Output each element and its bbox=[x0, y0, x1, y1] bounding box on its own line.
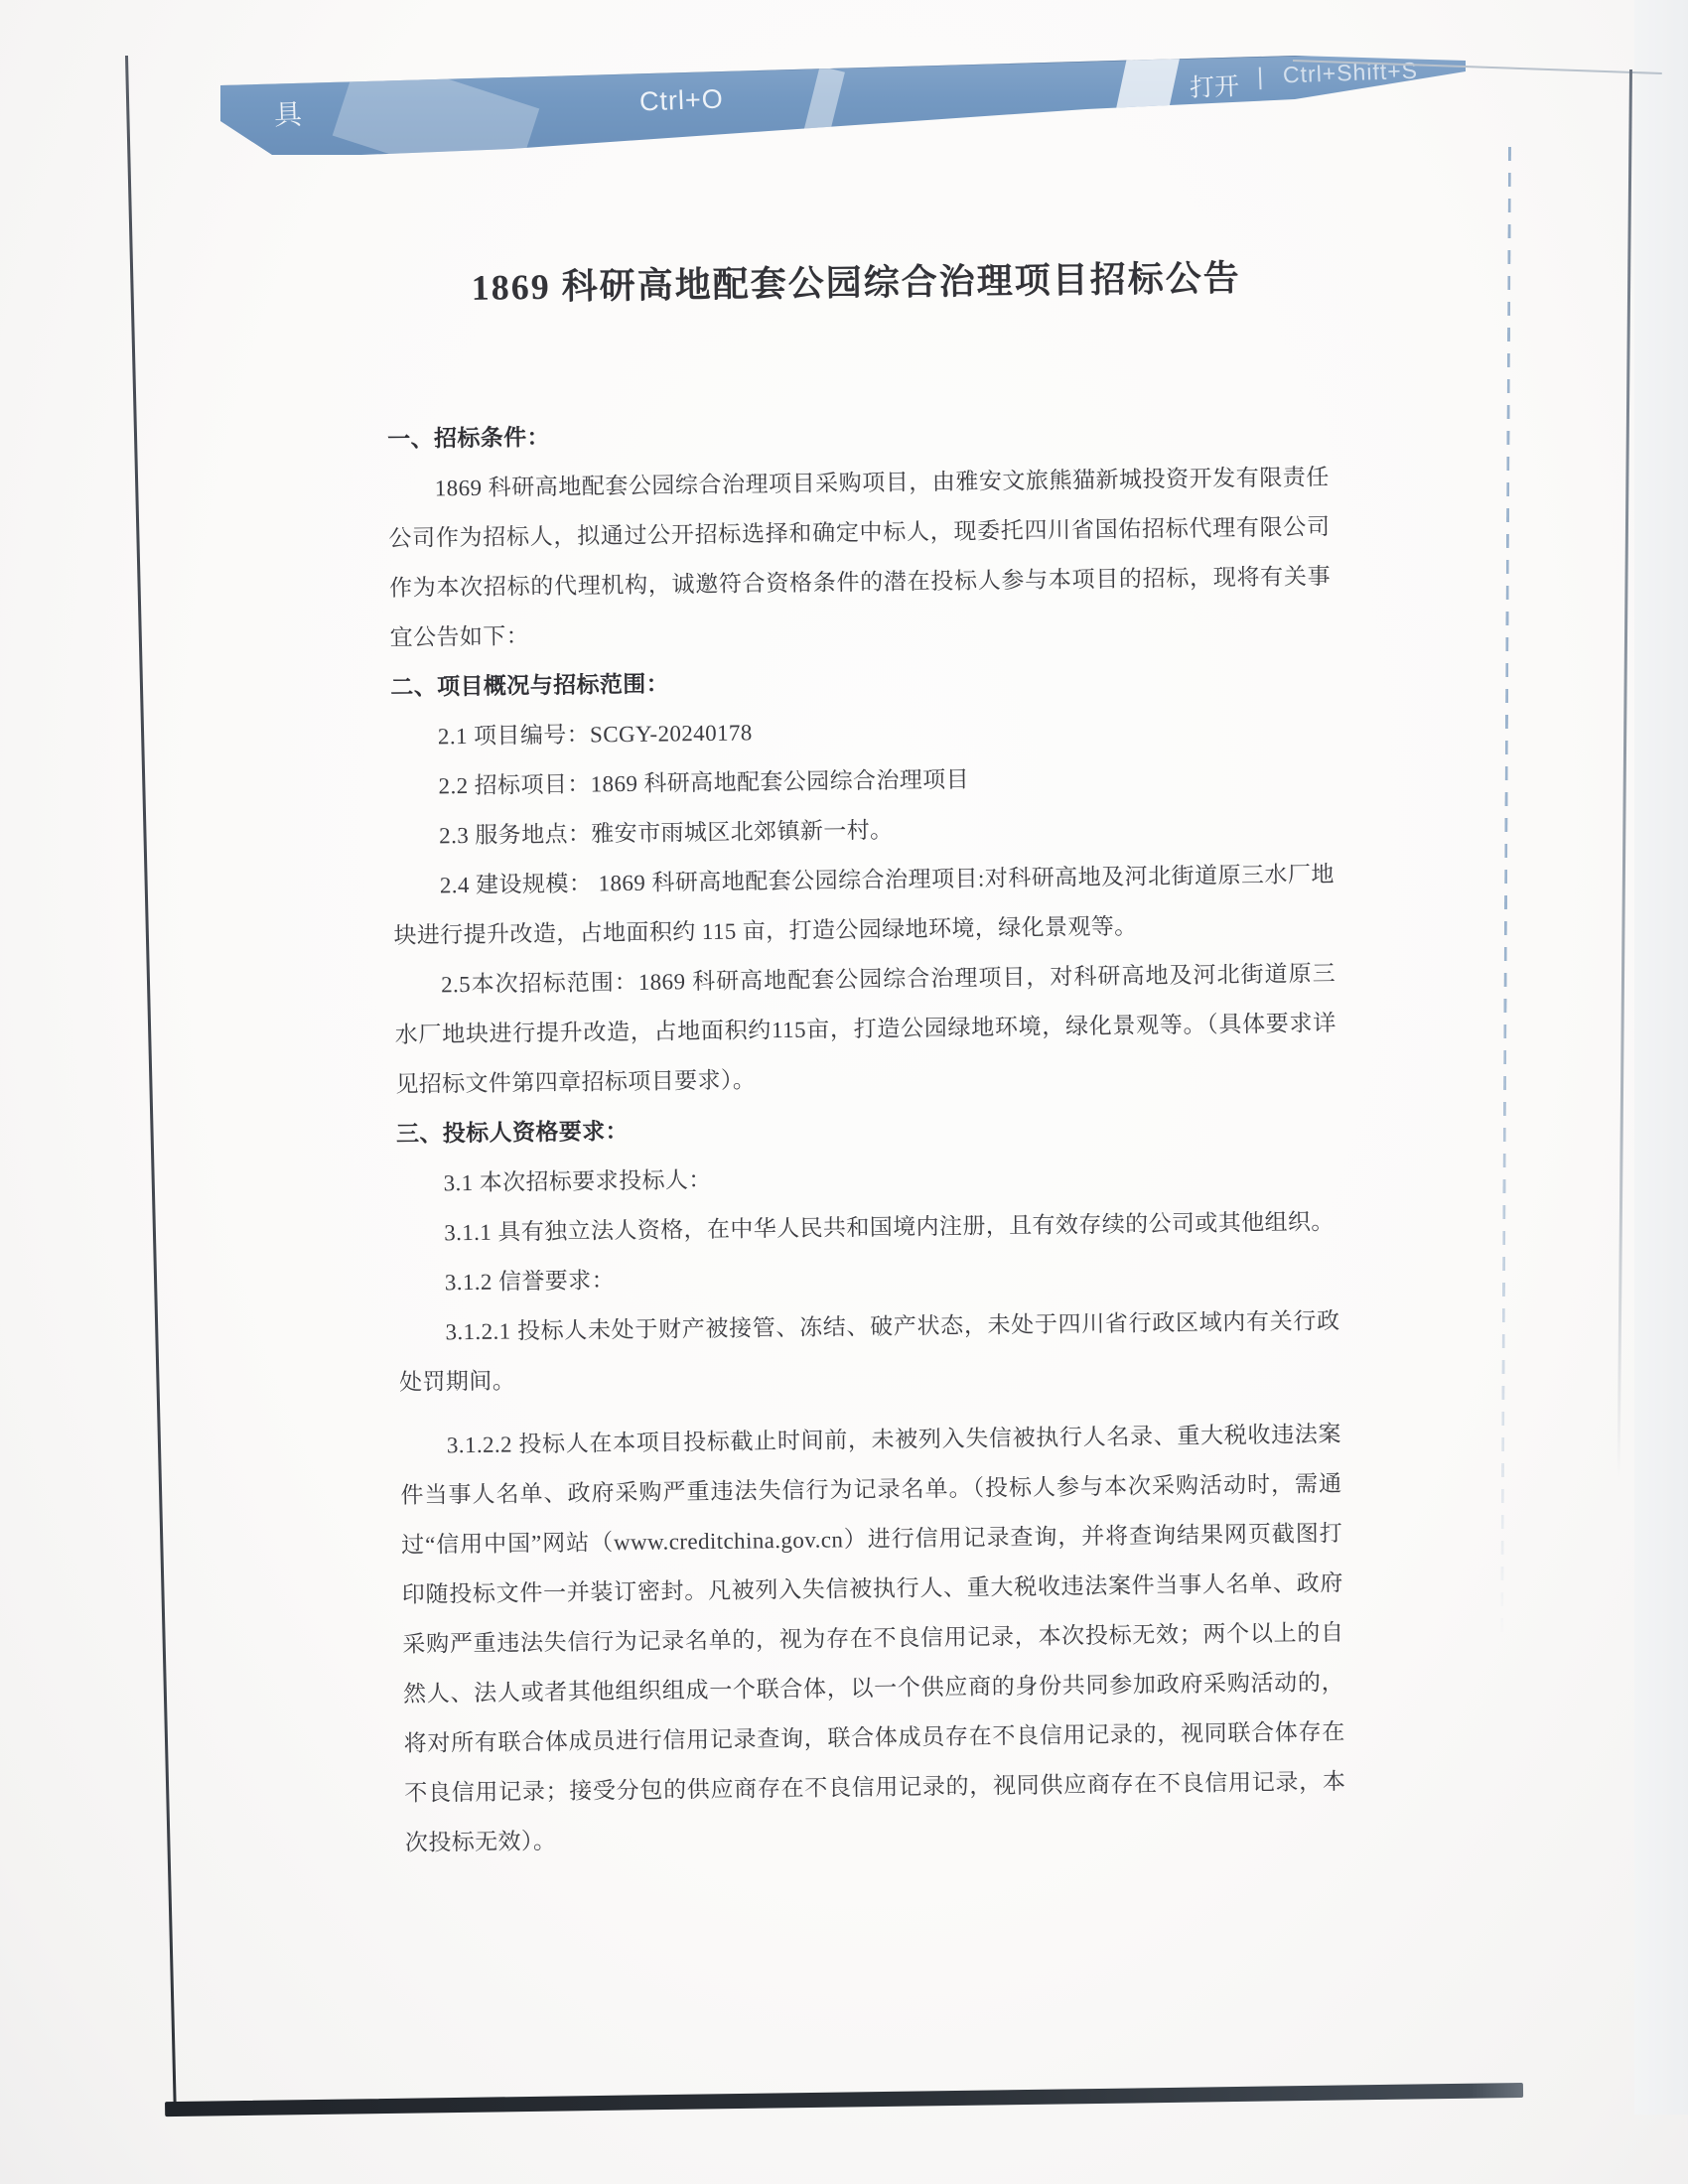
item-3-1-2-1: 3.1.2.1 投标人未处于财产被接管、冻结、破产状态，未处于四川省行政区域内有… bbox=[398, 1297, 1340, 1408]
item-3-1-2-2: 3.1.2.2 投标人在本项目投标截止时间前，未被列入失信被执行人名录、重大税收… bbox=[400, 1410, 1347, 1868]
page-bottom-edge bbox=[165, 2083, 1523, 2116]
item-2-5: 2.5本次招标范围：1869 科研高地配套公园综合治理项目，对科研高地及河北街道… bbox=[394, 949, 1337, 1110]
glare-streak bbox=[333, 51, 540, 194]
item-2-4: 2.4 建设规模： 1869 科研高地配套公园综合治理项目:对科研高地及河北街道… bbox=[393, 850, 1336, 961]
scanned-document-photo: 具 Ctrl+O 打开 | Ctrl+Shift+S 1869 科研高地配套公园… bbox=[0, 0, 1688, 2184]
menu-open-label: 打开 bbox=[1189, 67, 1239, 104]
blue-dashed-line bbox=[1500, 147, 1511, 1646]
page-right-background bbox=[1634, 0, 1688, 2115]
page-right-edge bbox=[1618, 69, 1632, 1479]
menu-band: 具 Ctrl+O 打开 | Ctrl+Shift+S bbox=[212, 48, 1474, 161]
page-left-edge bbox=[125, 56, 177, 2102]
menu-separator: | bbox=[1257, 64, 1264, 91]
glare-streak bbox=[793, 66, 845, 178]
menu-tool-label-fragment: 具 bbox=[273, 93, 302, 134]
section-1-paragraph: 1869 科研高地配套公园综合治理项目采购项目，由雅安文旅熊猫新城投资开发有限责… bbox=[388, 453, 1332, 663]
menu-open-shortcut: Ctrl+O bbox=[638, 84, 724, 118]
document-body: 1869 科研高地配套公园综合治理项目招标公告 一、招标条件： 1869 科研高… bbox=[385, 254, 1346, 1868]
glare-streak bbox=[1107, 44, 1181, 161]
page-title: 1869 科研高地配套公园综合治理项目招标公告 bbox=[385, 254, 1328, 312]
